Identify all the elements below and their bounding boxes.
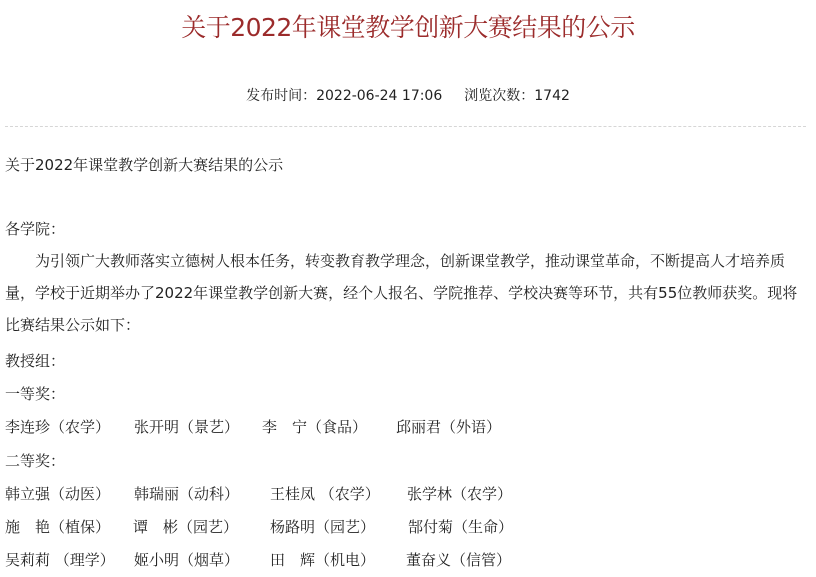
- winner-name: 韩立强（动医）: [5, 483, 110, 505]
- winner-name: 董奋义（信管）: [406, 549, 511, 571]
- article-subtitle: 关于2022年课堂教学创新大赛结果的公示: [5, 154, 283, 176]
- winner-name: 邱丽君（外语）: [396, 416, 501, 438]
- first-prize-label: 一等奖：: [5, 383, 65, 405]
- winner-name: 施 艳（植保）: [5, 516, 110, 538]
- article-meta: 发布时间：2022-06-24 17:06浏览次数：1742: [0, 86, 816, 106]
- view-count-label: 浏览次数：: [464, 88, 534, 104]
- second-prize-label: 二等奖：: [5, 450, 65, 472]
- winner-name: 王桂凤 （农学）: [270, 483, 380, 505]
- group-label: 教授组：: [5, 350, 65, 372]
- page-title: 关于2022年课堂教学创新大赛结果的公示: [0, 10, 816, 46]
- winner-name: 谭 彬（园艺）: [133, 516, 238, 538]
- winner-name: 张学林（农学）: [407, 483, 512, 505]
- header-divider: [5, 126, 806, 127]
- winner-name: 张开明（景艺）: [134, 416, 239, 438]
- winner-name: 郜付菊（生命）: [408, 516, 513, 538]
- winner-name: 田 辉（机电）: [270, 549, 375, 571]
- winner-name: 吴莉莉 （理学）: [5, 549, 115, 571]
- publish-time-value: 2022-06-24 17:06: [316, 88, 442, 104]
- winner-name: 韩瑞丽（动科）: [134, 483, 239, 505]
- winner-name: 姬小明（烟草）: [134, 549, 239, 571]
- publish-time-label: 发布时间：: [246, 88, 316, 104]
- salutation: 各学院：: [5, 218, 65, 240]
- winner-name: 李连珍（农学）: [5, 416, 110, 438]
- view-count-value: 1742: [534, 88, 570, 104]
- winner-name: 李 宁（食品）: [262, 416, 367, 438]
- intro-paragraph: 为引领广大教师落实立德树人根本任务，转变教育教学理念，创新课堂教学，推动课堂革命…: [5, 245, 805, 341]
- winner-name: 杨路明（园艺）: [270, 516, 375, 538]
